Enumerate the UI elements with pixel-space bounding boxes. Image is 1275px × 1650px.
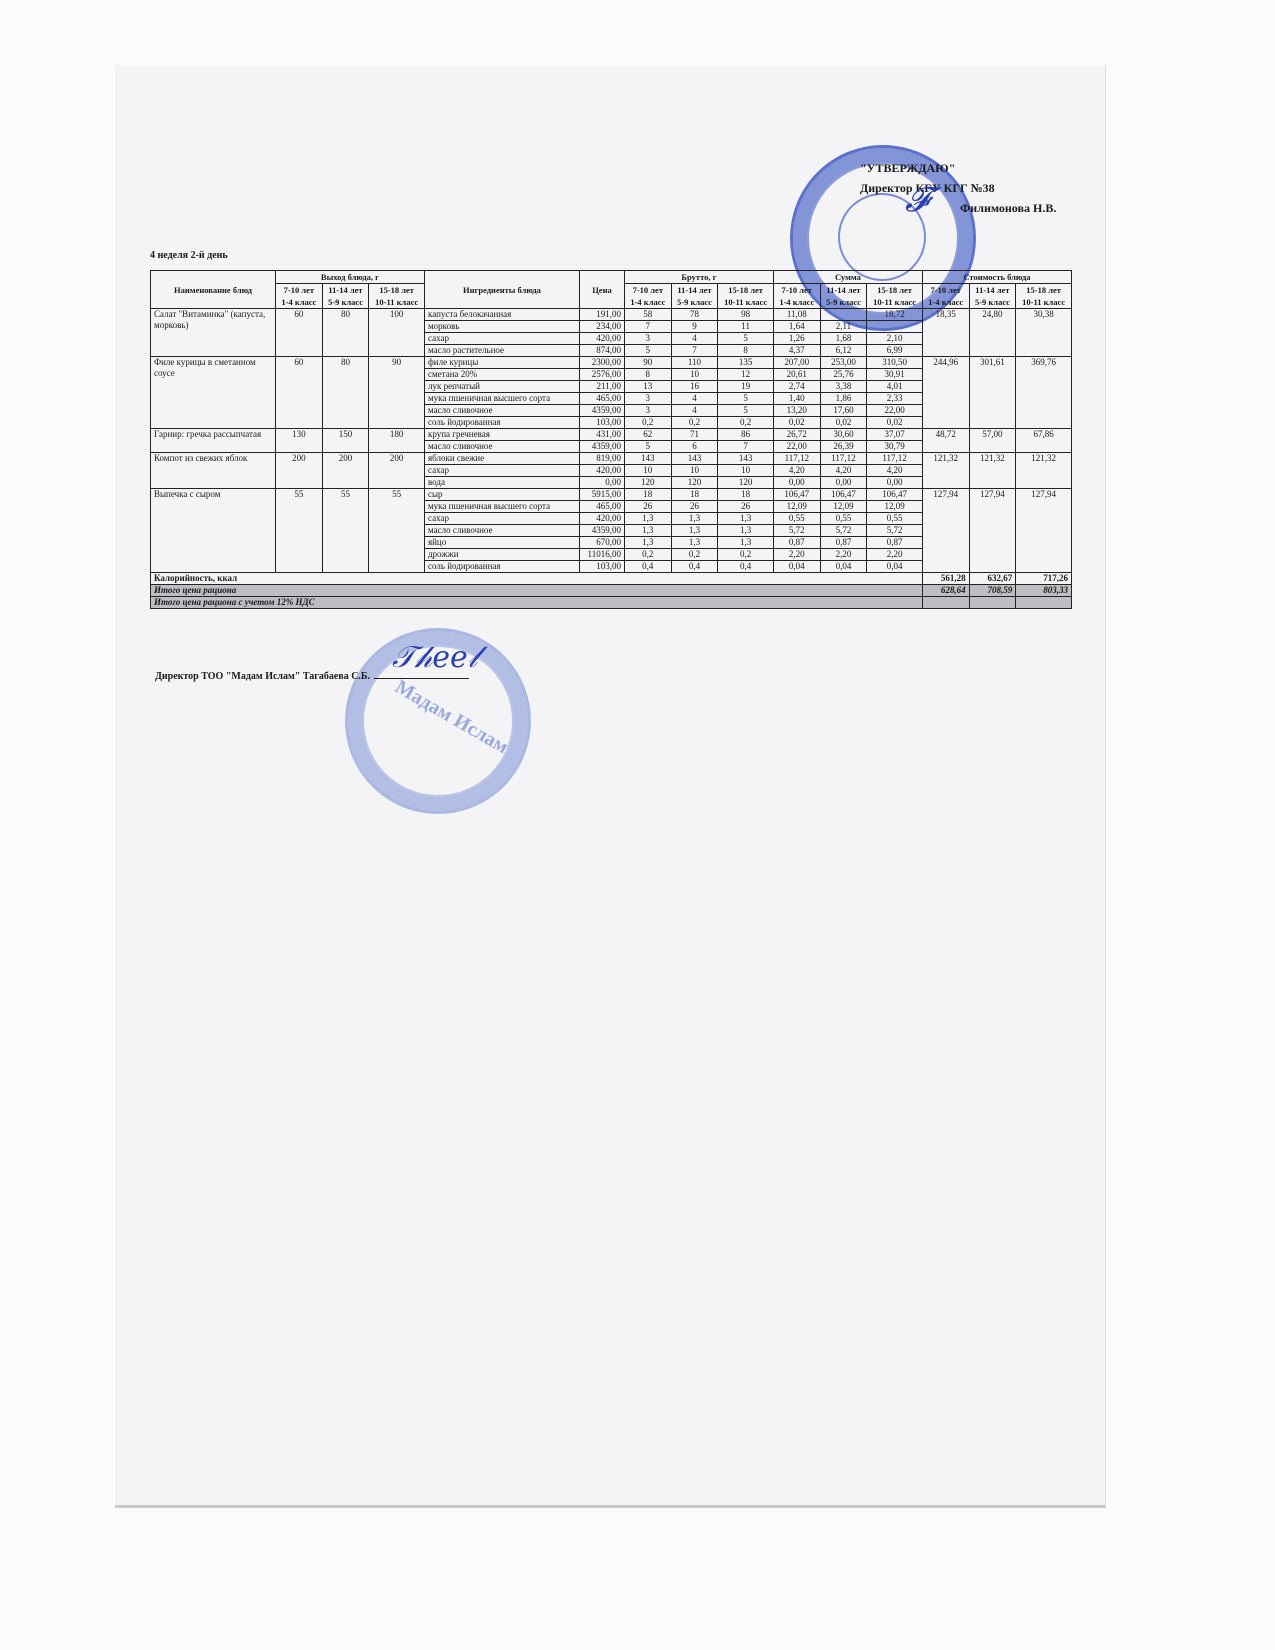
grade-label: 5-9 класс: [975, 297, 1010, 307]
ingredient-name: лук репчатый: [424, 381, 579, 393]
ingredient-sum: 2,20: [820, 549, 867, 561]
ingredient-sum: 117,12: [820, 453, 867, 465]
ingredient-brutto: 0,2: [671, 417, 718, 429]
ingredient-sum: 1,64: [773, 321, 820, 333]
grade-label: 10-11 класс: [873, 297, 916, 307]
grade-label: 1-4 класс: [630, 297, 665, 307]
header-ingredients: Ингредиенты блюда: [424, 271, 579, 309]
header-age-group: 11-14 лет5-9 класс: [322, 284, 369, 309]
ingredient-brutto: 58: [624, 309, 671, 321]
age-label: 7-10 лет: [782, 285, 812, 295]
ingredient-sum: 207,00: [773, 357, 820, 369]
age-label: 7-10 лет: [931, 285, 961, 295]
table-row: Филе курицы в сметанном соусе608090филе …: [151, 357, 1072, 369]
ingredient-price: 819,00: [579, 453, 624, 465]
ingredient-name: дрожжи: [424, 549, 579, 561]
ingredient-price: 2576,00: [579, 369, 624, 381]
ingredient-brutto: 10: [671, 369, 718, 381]
ingredient-sum: 2,20: [867, 549, 923, 561]
totals-label: Итого цена рациона с учетом 12% НДС: [151, 597, 923, 609]
ingredient-sum: 17,60: [820, 405, 867, 417]
age-label: 15-18 лет: [877, 285, 912, 295]
dish-cost: 369,76: [1016, 357, 1072, 429]
ingredient-sum: 4,01: [867, 381, 923, 393]
dish-cost: 121,32: [969, 453, 1016, 489]
totals-row: Итого цена рациона с учетом 12% НДС: [151, 597, 1072, 609]
ingredient-sum: 0,02: [773, 417, 820, 429]
header-dish-name: Наименование блюд: [151, 271, 276, 309]
ingredient-brutto: 5: [718, 405, 774, 417]
dish-name: Компот из свежих яблок: [151, 453, 276, 489]
ingredient-brutto: 3: [624, 405, 671, 417]
age-label: 11-14 лет: [975, 285, 1009, 295]
grade-label: 1-4 класс: [281, 297, 316, 307]
ingredient-sum: 18,72: [867, 309, 923, 321]
dish-yield: 130: [276, 429, 323, 453]
dish-cost: 127,94: [969, 489, 1016, 573]
dish-cost: 30,38: [1016, 309, 1072, 357]
ingredient-sum: 106,47: [820, 489, 867, 501]
totals-value: 561,28: [922, 573, 969, 585]
ingredient-brutto: 110: [671, 357, 718, 369]
signature-label: Директор ТОО "Мадам Ислам" Тагабаева С.Б…: [155, 671, 370, 682]
ingredient-sum: 30,79: [867, 441, 923, 453]
dish-cost: 121,32: [1016, 453, 1072, 489]
ingredient-brutto: 5: [718, 393, 774, 405]
age-label: 7-10 лет: [284, 285, 314, 295]
ingredient-sum: 3,38: [820, 381, 867, 393]
ingredient-sum: 20,61: [773, 369, 820, 381]
ingredient-brutto: 86: [718, 429, 774, 441]
dish-cost: 127,94: [1016, 489, 1072, 573]
ingredient-brutto: 7: [718, 441, 774, 453]
ingredient-brutto: 1,3: [718, 513, 774, 525]
dish-yield: 200: [322, 453, 369, 489]
approval-title: "УТВЕРЖДАЮ": [860, 158, 1056, 178]
ingredient-sum: 117,12: [773, 453, 820, 465]
ingredient-brutto: 26: [718, 501, 774, 513]
ingredient-price: 4359,00: [579, 405, 624, 417]
ingredient-brutto: 4: [671, 405, 718, 417]
ingredient-brutto: 7: [671, 345, 718, 357]
totals-value: 628,64: [922, 585, 969, 597]
approval-position: Директор КГУ КГГ №38: [860, 178, 1056, 198]
ingredient-brutto: 5: [718, 333, 774, 345]
ingredient-brutto: 10: [624, 465, 671, 477]
ingredient-sum: 4,20: [867, 465, 923, 477]
ingredient-brutto: 10: [671, 465, 718, 477]
totals-value: [1016, 597, 1072, 609]
ingredient-brutto: 26: [671, 501, 718, 513]
ingredient-name: яйцо: [424, 537, 579, 549]
ingredient-brutto: 0,2: [718, 417, 774, 429]
ingredient-price: 103,00: [579, 561, 624, 573]
grade-label: 1-4 класс: [779, 297, 814, 307]
ingredient-price: 874,00: [579, 345, 624, 357]
ingredient-brutto: 1,3: [624, 513, 671, 525]
company-signature-scrawl: 𝒯𝒽𝑒𝑒𝓁: [392, 640, 478, 675]
header-age-group: 7-10 лет1-4 класс: [922, 284, 969, 309]
ingredient-brutto: 11: [718, 321, 774, 333]
ingredient-brutto: 135: [718, 357, 774, 369]
ingredient-brutto: 78: [671, 309, 718, 321]
ingredient-price: 211,00: [579, 381, 624, 393]
grade-label: 10-11 класс: [724, 297, 767, 307]
ingredient-sum: 1,86: [820, 393, 867, 405]
ingredient-brutto: 1,3: [718, 537, 774, 549]
dish-yield: 60: [276, 357, 323, 429]
ingredient-brutto: 0,2: [624, 549, 671, 561]
ingredient-brutto: 19: [718, 381, 774, 393]
dish-cost: 18,35: [922, 309, 969, 357]
dish-name: Выпечка с сыром: [151, 489, 276, 573]
ingredient-brutto: 0,4: [718, 561, 774, 573]
ingredient-sum: 0,87: [773, 537, 820, 549]
dish-name: Салат "Витаминка" (капуста, морковь): [151, 309, 276, 357]
dish-yield: 90: [369, 357, 425, 429]
ingredient-sum: 0,87: [820, 537, 867, 549]
ingredient-brutto: 0,2: [624, 417, 671, 429]
ingredient-price: 5915,00: [579, 489, 624, 501]
age-label: 11-14 лет: [677, 285, 711, 295]
ingredient-name: крупа гречневая: [424, 429, 579, 441]
table-row: Салат "Витаминка" (капуста, морковь)6080…: [151, 309, 1072, 321]
ingredient-name: вода: [424, 477, 579, 489]
ingredient-price: 420,00: [579, 465, 624, 477]
ingredient-sum: 0,00: [867, 477, 923, 489]
ingredient-brutto: 10: [718, 465, 774, 477]
ingredient-brutto: 1,3: [624, 537, 671, 549]
ingredient-price: 103,00: [579, 417, 624, 429]
ingredient-sum: 0,87: [867, 537, 923, 549]
ingredient-sum: 6,99: [867, 345, 923, 357]
header-age-group: 11-14 лет5-9 класс: [820, 284, 867, 309]
totals-row: Итого цена рациона628,64708,59803,33: [151, 585, 1072, 597]
ingredient-name: сметана 20%: [424, 369, 579, 381]
header-age-group: 11-14 лет5-9 класс: [671, 284, 718, 309]
ingredient-sum: 0,02: [867, 417, 923, 429]
grade-label: 10-11 класс: [1022, 297, 1065, 307]
ingredient-sum: 13,20: [773, 405, 820, 417]
ingredient-sum: 22,00: [867, 405, 923, 417]
ingredient-price: 465,00: [579, 501, 624, 513]
ingredient-brutto: 90: [624, 357, 671, 369]
ingredient-sum: 6,12: [820, 345, 867, 357]
ingredient-brutto: 5: [624, 345, 671, 357]
ingredient-name: сахар: [424, 333, 579, 345]
ingredient-price: 431,00: [579, 429, 624, 441]
ingredient-name: соль йодированная: [424, 561, 579, 573]
dish-cost: 24,80: [969, 309, 1016, 357]
ingredient-price: 4359,00: [579, 441, 624, 453]
dish-cost: 121,32: [922, 453, 969, 489]
ingredient-brutto: 62: [624, 429, 671, 441]
dish-cost: 48,72: [922, 429, 969, 453]
header-age-group: 15-18 лет10-11 класс: [867, 284, 923, 309]
totals-value: 632,67: [969, 573, 1016, 585]
table-row: Компот из свежих яблок200200200яблоки св…: [151, 453, 1072, 465]
ingredient-brutto: 3: [624, 393, 671, 405]
age-label: 15-18 лет: [379, 285, 414, 295]
totals-value: 708,59: [969, 585, 1016, 597]
totals-label: Итого цена рациона: [151, 585, 923, 597]
ingredient-sum: 12,09: [820, 501, 867, 513]
header-age-group: 15-18 лет10-11 класс: [1016, 284, 1072, 309]
ingredient-sum: 106,47: [867, 489, 923, 501]
age-label: 15-18 лет: [1026, 285, 1061, 295]
ingredient-name: мука пшеничная высшего сорта: [424, 393, 579, 405]
dish-yield: 60: [276, 309, 323, 357]
director-signature-scrawl: 𝓕: [905, 180, 930, 220]
ingredient-brutto: 8: [624, 369, 671, 381]
ingredient-price: 234,00: [579, 321, 624, 333]
ingredient-sum: 0,02: [820, 417, 867, 429]
ingredient-sum: [820, 309, 867, 321]
ingredient-brutto: 0,2: [718, 549, 774, 561]
ingredient-price: 191,00: [579, 309, 624, 321]
ingredient-sum: 2,11: [820, 321, 867, 333]
ingredient-brutto: 6: [671, 441, 718, 453]
totals-value: [969, 597, 1016, 609]
stamp-text: Мадам Ислам: [391, 676, 512, 759]
ingredient-name: масло сливочное: [424, 405, 579, 417]
dish-cost: 127,94: [922, 489, 969, 573]
week-day-label: 4 неделя 2-й день: [150, 250, 228, 261]
dish-yield: 55: [322, 489, 369, 573]
ingredient-brutto: 98: [718, 309, 774, 321]
totals-label: Калорийность, ккал: [151, 573, 923, 585]
header-brutto: Брутто, г: [624, 271, 773, 284]
dish-yield: 80: [322, 309, 369, 357]
ingredient-sum: 0,55: [773, 513, 820, 525]
ingredient-name: сахар: [424, 513, 579, 525]
ingredient-brutto: 120: [718, 477, 774, 489]
ingredient-sum: 1,40: [773, 393, 820, 405]
totals-value: 803,33: [1016, 585, 1072, 597]
dish-name: Гарнир: гречка рассыпчатая: [151, 429, 276, 453]
ingredient-sum: 0,00: [773, 477, 820, 489]
header-age-group: 7-10 лет1-4 класс: [276, 284, 323, 309]
ingredient-sum: [867, 321, 923, 333]
age-label: 11-14 лет: [826, 285, 860, 295]
ingredient-price: 420,00: [579, 513, 624, 525]
ingredient-name: сыр: [424, 489, 579, 501]
dish-yield: 100: [369, 309, 425, 357]
header-age-group: 7-10 лет1-4 класс: [624, 284, 671, 309]
ingredient-brutto: 0,4: [624, 561, 671, 573]
ingredient-brutto: 18: [671, 489, 718, 501]
ingredient-name: соль йодированная: [424, 417, 579, 429]
ingredient-price: 4359,00: [579, 525, 624, 537]
ingredient-name: масло сливочное: [424, 441, 579, 453]
ingredient-brutto: 143: [671, 453, 718, 465]
age-label: 11-14 лет: [328, 285, 362, 295]
ingredient-brutto: 1,3: [718, 525, 774, 537]
ingredient-sum: 117,12: [867, 453, 923, 465]
header-yield: Выход блюда, г: [276, 271, 425, 284]
ingredient-sum: 5,72: [820, 525, 867, 537]
dish-cost: 57,00: [969, 429, 1016, 453]
ingredient-brutto: 5: [624, 441, 671, 453]
ingredient-sum: 310,50: [867, 357, 923, 369]
age-label: 15-18 лет: [728, 285, 763, 295]
dish-yield: 200: [369, 453, 425, 489]
header-age-group: 15-18 лет10-11 класс: [369, 284, 425, 309]
dish-yield: 55: [369, 489, 425, 573]
header-age-group: 11-14 лет5-9 класс: [969, 284, 1016, 309]
totals-row: Калорийность, ккал561,28632,67717,26: [151, 573, 1072, 585]
ingredient-sum: 2,10: [867, 333, 923, 345]
ingredient-sum: 12,09: [867, 501, 923, 513]
dish-cost: 244,96: [922, 357, 969, 429]
ingredient-brutto: 13: [624, 381, 671, 393]
age-label: 7-10 лет: [633, 285, 663, 295]
ingredient-brutto: 0,4: [671, 561, 718, 573]
ingredient-price: 11016,00: [579, 549, 624, 561]
ingredient-sum: 11,08: [773, 309, 820, 321]
ingredient-brutto: 18: [624, 489, 671, 501]
ingredient-sum: 30,91: [867, 369, 923, 381]
ingredient-brutto: 26: [624, 501, 671, 513]
ingredient-sum: 2,33: [867, 393, 923, 405]
header-sum: Сумма: [773, 271, 922, 284]
ingredient-brutto: 120: [624, 477, 671, 489]
ingredient-sum: 22,00: [773, 441, 820, 453]
grade-label: 10-11 класс: [375, 297, 418, 307]
table-row: Выпечка с сыром555555сыр5915,00181818106…: [151, 489, 1072, 501]
ingredient-name: сахар: [424, 465, 579, 477]
ingredient-brutto: 4: [671, 333, 718, 345]
ingredient-brutto: 120: [671, 477, 718, 489]
ingredient-price: 670,00: [579, 537, 624, 549]
ingredient-brutto: 1,3: [671, 525, 718, 537]
totals-value: 717,26: [1016, 573, 1072, 585]
header-age-group: 15-18 лет10-11 класс: [718, 284, 774, 309]
ingredient-brutto: 8: [718, 345, 774, 357]
dish-yield: 80: [322, 357, 369, 429]
dish-yield: 180: [369, 429, 425, 453]
dish-yield: 200: [276, 453, 323, 489]
header-cost: Стоимость блюда: [922, 271, 1071, 284]
ingredient-sum: 4,20: [773, 465, 820, 477]
grade-label: 5-9 класс: [328, 297, 363, 307]
ingredient-brutto: 7: [624, 321, 671, 333]
ingredient-name: яблоки свежие: [424, 453, 579, 465]
ingredient-sum: 30,60: [820, 429, 867, 441]
ingredient-sum: 2,20: [773, 549, 820, 561]
ingredient-brutto: 71: [671, 429, 718, 441]
header-price: Цена: [579, 271, 624, 309]
ingredient-brutto: 143: [718, 453, 774, 465]
ingredient-sum: 26,72: [773, 429, 820, 441]
approval-block: "УТВЕРЖДАЮ" Директор КГУ КГГ №38 Филимон…: [860, 158, 1056, 218]
ingredient-sum: 37,07: [867, 429, 923, 441]
ingredient-sum: 4,20: [820, 465, 867, 477]
ingredient-brutto: 16: [671, 381, 718, 393]
ingredient-brutto: 12: [718, 369, 774, 381]
ingredient-price: 465,00: [579, 393, 624, 405]
ingredient-sum: 106,47: [773, 489, 820, 501]
dish-name: Филе курицы в сметанном соусе: [151, 357, 276, 429]
ingredient-sum: 0,55: [820, 513, 867, 525]
totals-value: [922, 597, 969, 609]
ingredient-brutto: 3: [624, 333, 671, 345]
approval-signer: Филимонова Н.В.: [960, 198, 1056, 218]
ingredient-brutto: 18: [718, 489, 774, 501]
grade-label: 5-9 класс: [826, 297, 861, 307]
ingredient-price: 2300,00: [579, 357, 624, 369]
ingredient-name: масло сливочное: [424, 525, 579, 537]
ingredient-brutto: 0,2: [671, 549, 718, 561]
ingredient-sum: 0,04: [867, 561, 923, 573]
ingredient-sum: 1,26: [773, 333, 820, 345]
ingredient-sum: 5,72: [867, 525, 923, 537]
ingredient-sum: 0,04: [773, 561, 820, 573]
ingredient-sum: 25,76: [820, 369, 867, 381]
grade-label: 5-9 класс: [677, 297, 712, 307]
ingredient-sum: 0,00: [820, 477, 867, 489]
ingredient-price: 420,00: [579, 333, 624, 345]
ingredient-brutto: 9: [671, 321, 718, 333]
ingredient-name: капуста белокачанная: [424, 309, 579, 321]
ingredient-sum: 4,37: [773, 345, 820, 357]
ingredient-price: 0,00: [579, 477, 624, 489]
ingredient-sum: 5,72: [773, 525, 820, 537]
dish-yield: 150: [322, 429, 369, 453]
ingredient-brutto: 143: [624, 453, 671, 465]
dish-yield: 55: [276, 489, 323, 573]
ingredient-name: масло растительное: [424, 345, 579, 357]
dish-cost: 67,86: [1016, 429, 1072, 453]
ingredient-sum: 1,68: [820, 333, 867, 345]
ingredient-brutto: 1,3: [671, 537, 718, 549]
ingredient-name: морковь: [424, 321, 579, 333]
header-age-group: 7-10 лет1-4 класс: [773, 284, 820, 309]
grade-label: 1-4 класс: [928, 297, 963, 307]
ingredient-sum: 0,04: [820, 561, 867, 573]
ingredient-name: мука пшеничная высшего сорта: [424, 501, 579, 513]
ingredient-brutto: 1,3: [624, 525, 671, 537]
dish-cost: 301,61: [969, 357, 1016, 429]
ingredient-sum: 26,39: [820, 441, 867, 453]
ingredient-sum: 2,74: [773, 381, 820, 393]
ingredient-sum: 253,00: [820, 357, 867, 369]
ingredient-sum: 12,09: [773, 501, 820, 513]
table-row: Гарнир: гречка рассыпчатая130150180крупа…: [151, 429, 1072, 441]
menu-table: Наименование блюд Выход блюда, г Ингреди…: [150, 270, 1072, 609]
ingredient-sum: 0,55: [867, 513, 923, 525]
ingredient-name: филе курицы: [424, 357, 579, 369]
ingredient-brutto: 4: [671, 393, 718, 405]
ingredient-brutto: 1,3: [671, 513, 718, 525]
